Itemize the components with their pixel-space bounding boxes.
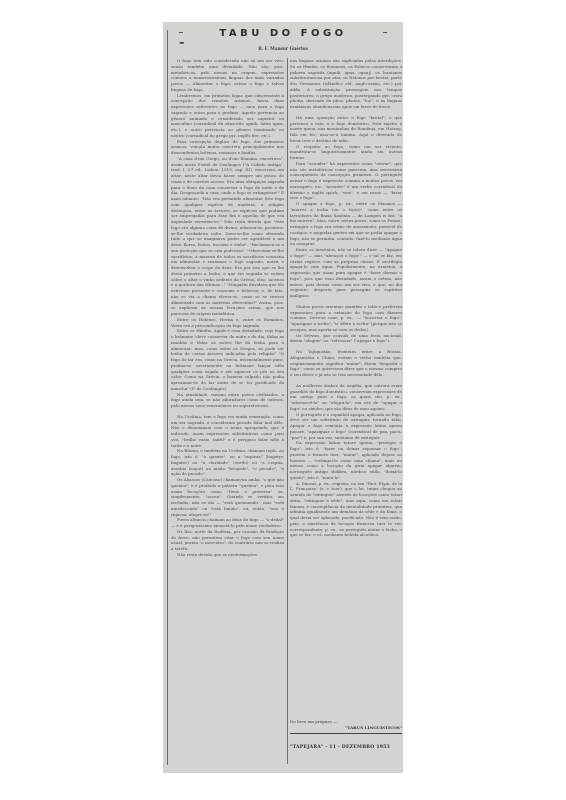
paragraph: Os Ilas, norte da Rodésia, por ocasião d… bbox=[171, 529, 284, 552]
author-byline: B. F. Mansur Guérios bbox=[163, 46, 403, 51]
paragraph: Para "acender" há expressões como "aviva… bbox=[290, 161, 402, 201]
paragraph: Entre os Arménios, não se tolera dizer —… bbox=[290, 247, 402, 299]
paragraph: Os Sérvios, por ocasião de uma festa nac… bbox=[290, 333, 402, 345]
paragraph: O português e o espanhol apagar, aplicad… bbox=[290, 412, 402, 441]
paragraph: Na Rússia, e também na Ucrânia, chamam t… bbox=[171, 448, 284, 477]
article-title: TABU DO FOGO bbox=[163, 28, 403, 39]
column-divider bbox=[287, 58, 288, 764]
paragraph: A. Dauzat, p. ex., registra, no seu "Dic… bbox=[290, 481, 402, 539]
paragraph: Muitos povos orientais mantêm o tabú e p… bbox=[290, 304, 402, 333]
paragraph: Há uma oposição entre o fogo "brutal", o… bbox=[290, 115, 402, 144]
paragraph: Essa concepção dúplice do fogo, dos prim… bbox=[171, 139, 284, 156]
paragraph: O fogo tem sido considerado não só um se… bbox=[171, 58, 284, 93]
paragraph: Na atualidade, mesmo entre povos civiliz… bbox=[171, 392, 284, 409]
paragraph: Povos altaicos chamam ao deus do fogo — … bbox=[171, 517, 284, 529]
left-border-rule bbox=[167, 30, 168, 765]
signature-book-title: "TABUS LINGUISTICOS" bbox=[290, 725, 402, 731]
article-header: - TABU DO FOGO bbox=[163, 28, 403, 42]
paragraph: "A casa d'um Grego, ou d'um Romano, ence… bbox=[171, 156, 284, 317]
publication-footer: "TAPEJARA" - 11 - DEZEMBRO 1953 bbox=[290, 745, 402, 750]
paragraph: Não resta dúvida que as neoformações bbox=[171, 552, 284, 558]
title-dash-right bbox=[383, 32, 387, 33]
paragraph: Na Ucrânia, tem o fogo em muita veneraçã… bbox=[171, 414, 284, 449]
left-column: O fogo tem sido considerado não só um se… bbox=[171, 58, 284, 558]
book-signature: Do livro em preparo — "TABUS LINGUISTICO… bbox=[290, 719, 402, 730]
paragraph: Da expressão latina tutare ignem, "prote… bbox=[290, 440, 402, 480]
signature-rule bbox=[290, 733, 402, 734]
paragraph: nas línguas arianas são explicadas pelas… bbox=[290, 58, 402, 110]
paragraph: Entre os Hindús, Agnih é essa divindade,… bbox=[171, 328, 284, 391]
paragraph: Entre os Helenos, Hestia e, entre os Rom… bbox=[171, 317, 284, 329]
paragraph: O apagar o fogo, p. ex., entre os Masaio… bbox=[290, 201, 402, 247]
paragraph: Lembremos, em primeiro lugar, que concer… bbox=[171, 93, 284, 139]
paragraph: No Tajiquistão, fronteira entre a Rússia… bbox=[290, 349, 402, 378]
paragraph: Os Abassos (Cáucaso) chamam-no amka, "o … bbox=[171, 477, 284, 517]
right-column: nas línguas arianas são explicadas pelas… bbox=[290, 58, 402, 538]
newspaper-clipping: - TABU DO FOGO B. F. Mansur Guérios O fo… bbox=[163, 22, 403, 773]
paragraph: O respeito ao fogo, como um ser vivente,… bbox=[290, 144, 402, 161]
paragraph: As mulheres árabes da Argélia, que outro… bbox=[290, 383, 402, 412]
